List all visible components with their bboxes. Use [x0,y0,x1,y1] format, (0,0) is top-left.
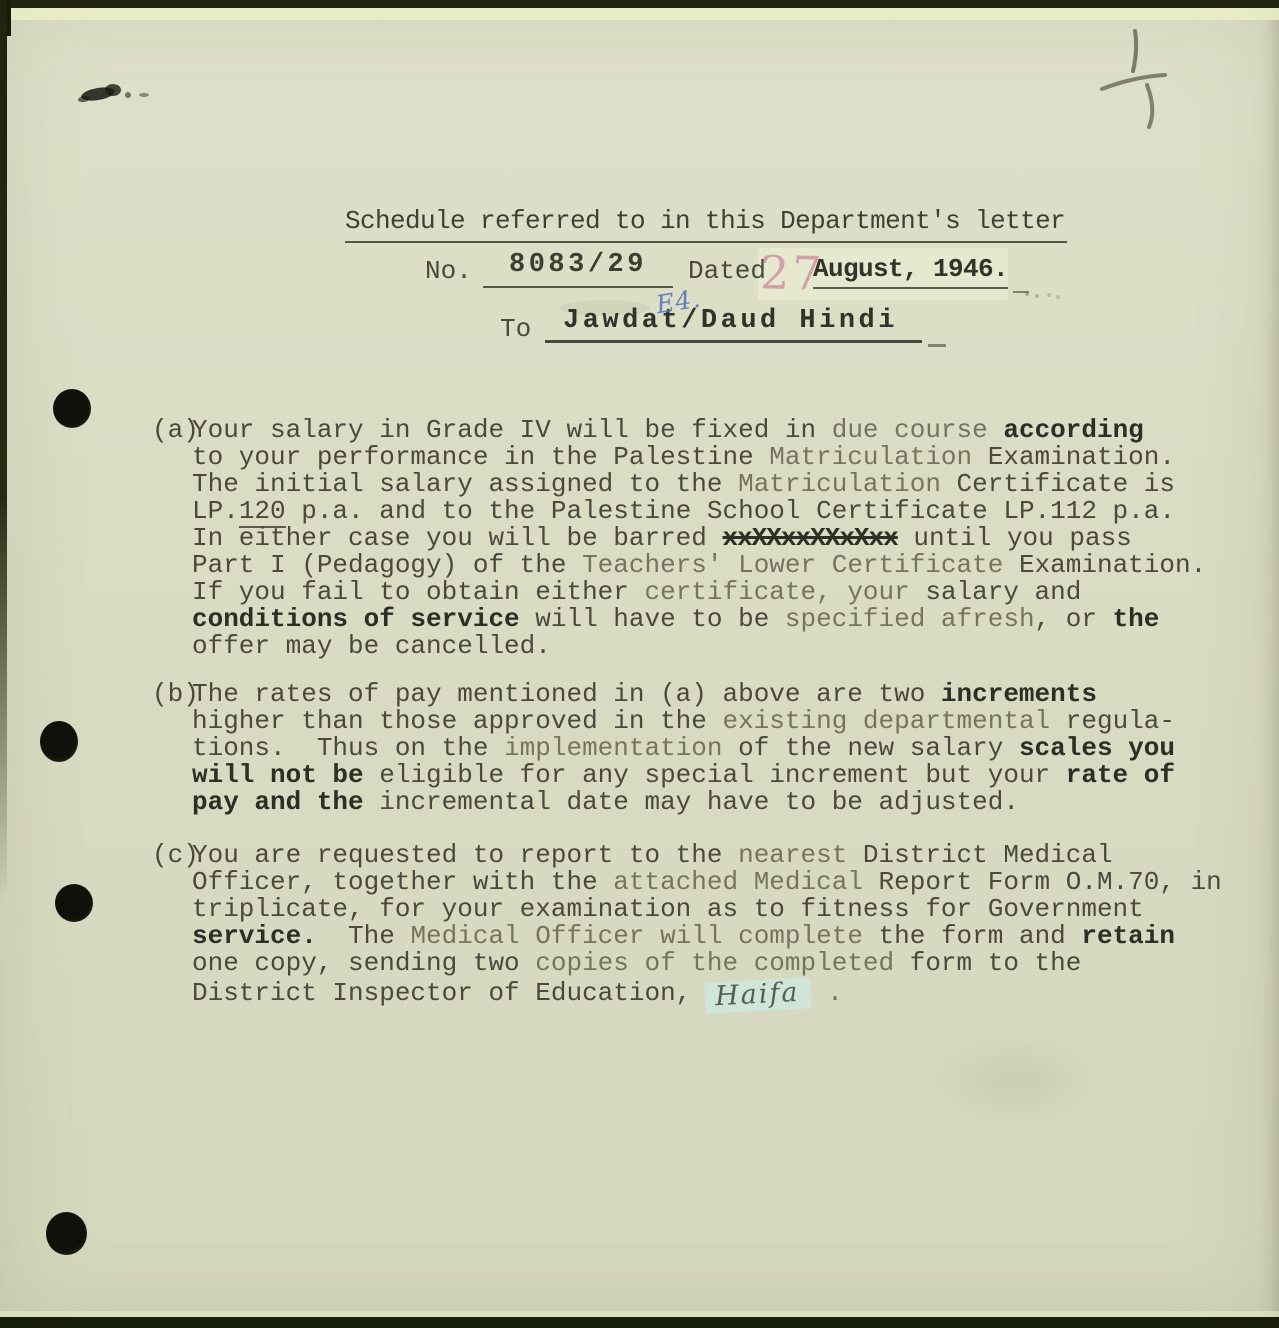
text-segment: of the new salary [723,733,1019,763]
text-line: In either case you will be barred xxXXxx… [192,525,1206,552]
text-segment: one copy, sending two [192,948,535,978]
text-segment: Your salary in Grade IV will be fixed in [192,415,832,445]
ref-number-label: No. [425,256,472,286]
scan-edge-left [0,0,7,900]
text-line: You are requested to report to the neare… [192,842,1222,869]
struck-out-text: xxXXxxXXxXxx [723,523,898,553]
text-segment: due course [832,415,988,445]
text-segment: , or [1035,604,1113,634]
text-segment: The [317,921,411,951]
hole-punch-2 [40,721,78,762]
text-segment: LP. [192,496,239,526]
paragraph-label-a: (a) [152,417,199,444]
text-segment: Matriculation [769,442,972,472]
hole-punch-1 [53,389,91,428]
scanned-letter-page: Schedule referred to in this Department'… [0,0,1279,1328]
text-line: The initial salary assigned to the Matri… [192,471,1206,498]
addressee-label: To [500,314,531,344]
date-value: August, 1946. [813,254,1008,289]
text-segment: If you fail to obtain either [192,577,644,607]
ref-number-value: 8083/29 [483,250,673,288]
text-segment: regula- [1050,706,1175,736]
text-line: to your performance in the Palestine Mat… [192,444,1206,471]
text-segment: In either case you will be barred [192,523,723,553]
text-line: District Inspector of Education,Haifa . [192,977,1222,1008]
text-segment: will not be [192,760,379,790]
underline-dash [1013,291,1029,293]
text-segment: conditions of service [192,604,520,634]
text-line: will not be eligible for any special inc… [192,762,1175,789]
text-segment: Part I (Pedagogy) of the [192,550,582,580]
text-line: Your salary in Grade IV will be fixed in… [192,417,1206,444]
text-line: The rates of pay mentioned in (a) above … [192,681,1175,708]
text-segment: implementation [504,733,722,763]
dated-label: Dated [688,256,766,286]
paper-stain [930,1035,1100,1125]
text-segment: Teachers' Lower Certificate [582,550,1003,580]
text-line: tions. Thus on the implementation of the… [192,735,1175,762]
text-segment: District Medical [847,840,1112,870]
text-segment: salary and [910,577,1082,607]
text-segment: scales you [1019,733,1175,763]
paragraph-label-c: (c) [152,842,199,869]
text-segment: existing departmental [723,706,1051,736]
text-segment: higher than those approved in the [192,706,723,736]
text-segment: You are requested to report to the [192,840,738,870]
text-segment: . [812,978,843,1008]
text-line: one copy, sending two copies of the comp… [192,950,1222,977]
text-line: higher than those approved in the existi… [192,708,1175,735]
hole-punch-4 [46,1212,87,1255]
text-line: service. The Medical Officer will comple… [192,923,1222,950]
text-segment: retain [1081,921,1175,951]
text-segment: Certificate is [941,469,1175,499]
text-line: triplicate, for your examination as to f… [192,896,1222,923]
text-segment: p.a. and to the Palestine School Certifi… [286,496,1175,526]
text-line: Part I (Pedagogy) of the Teachers' Lower… [192,552,1206,579]
text-segment: Medical Officer will complete [410,921,862,951]
text-segment: attached Medical [613,867,863,897]
addressee-value: Jawdat/Daud Hindi [545,306,922,343]
text-segment: Report Form O.M.70, in [863,867,1222,897]
text-segment: The initial salary assigned to the [192,469,738,499]
text-segment: copies of the completed [535,948,894,978]
text-line: If you fail to obtain either certificate… [192,579,1206,606]
text-segment: Examination. [972,442,1175,472]
text-segment: pay and the [192,787,379,817]
text-line: pay and the incremental date may have to… [192,789,1175,816]
text-line: conditions of service will have to be sp… [192,606,1206,633]
text-segment: the [1113,604,1160,634]
paper-edge-highlight-top [0,8,1279,20]
text-segment: Officer, together with the [192,867,613,897]
text-line: LP.120 p.a. and to the Palestine School … [192,498,1206,525]
text-segment: certificate, your [644,577,909,607]
text-segment: triplicate, for your examination as to f… [192,894,1144,924]
paragraph-label-b: (b) [152,681,199,708]
scan-edge-bottom [0,1317,1279,1328]
document-title: Schedule referred to in this Department'… [345,206,1067,243]
text-segment: specified afresh [785,604,1035,634]
text-segment: tions. Thus on the [192,733,504,763]
text-segment [988,415,1004,445]
scan-edge-top [0,0,1279,8]
paragraph-c: (c)You are requested to report to the ne… [192,842,1222,1008]
text-segment: incremental date may have to be adjusted… [379,787,1019,817]
text-line: Officer, together with the attached Medi… [192,869,1222,896]
text-segment: to your performance in the Palestine [192,442,769,472]
text-segment: according [1003,415,1143,445]
text-segment: Examination. [1003,550,1206,580]
text-line: offer may be cancelled. [192,633,1206,660]
text-segment: increments [941,679,1097,709]
text-segment: offer may be cancelled. [192,631,551,661]
hole-punch-3 [55,884,93,922]
text-segment: form to the [894,948,1081,978]
text-segment: nearest [738,840,847,870]
corner-mark [1090,18,1180,133]
text-segment: rate of [1066,760,1175,790]
text-segment: District Inspector of Education, [192,978,691,1008]
text-segment: The rates of pay mentioned in (a) above … [192,679,941,709]
text-segment: Matriculation [738,469,941,499]
text-segment: the form and [863,921,1081,951]
text-segment: until you pass [898,523,1132,553]
text-segment: will have to be [520,604,785,634]
handwritten-place: Haifa [705,977,813,1014]
text-segment: eligible for any special increment but y… [379,760,1066,790]
paragraph-a: (a)Your salary in Grade IV will be fixed… [192,417,1206,660]
paragraph-b: (b)The rates of pay mentioned in (a) abo… [192,681,1175,816]
underline-dash [928,344,946,347]
ink-smudge [70,78,154,110]
text-segment: service. [192,921,317,951]
